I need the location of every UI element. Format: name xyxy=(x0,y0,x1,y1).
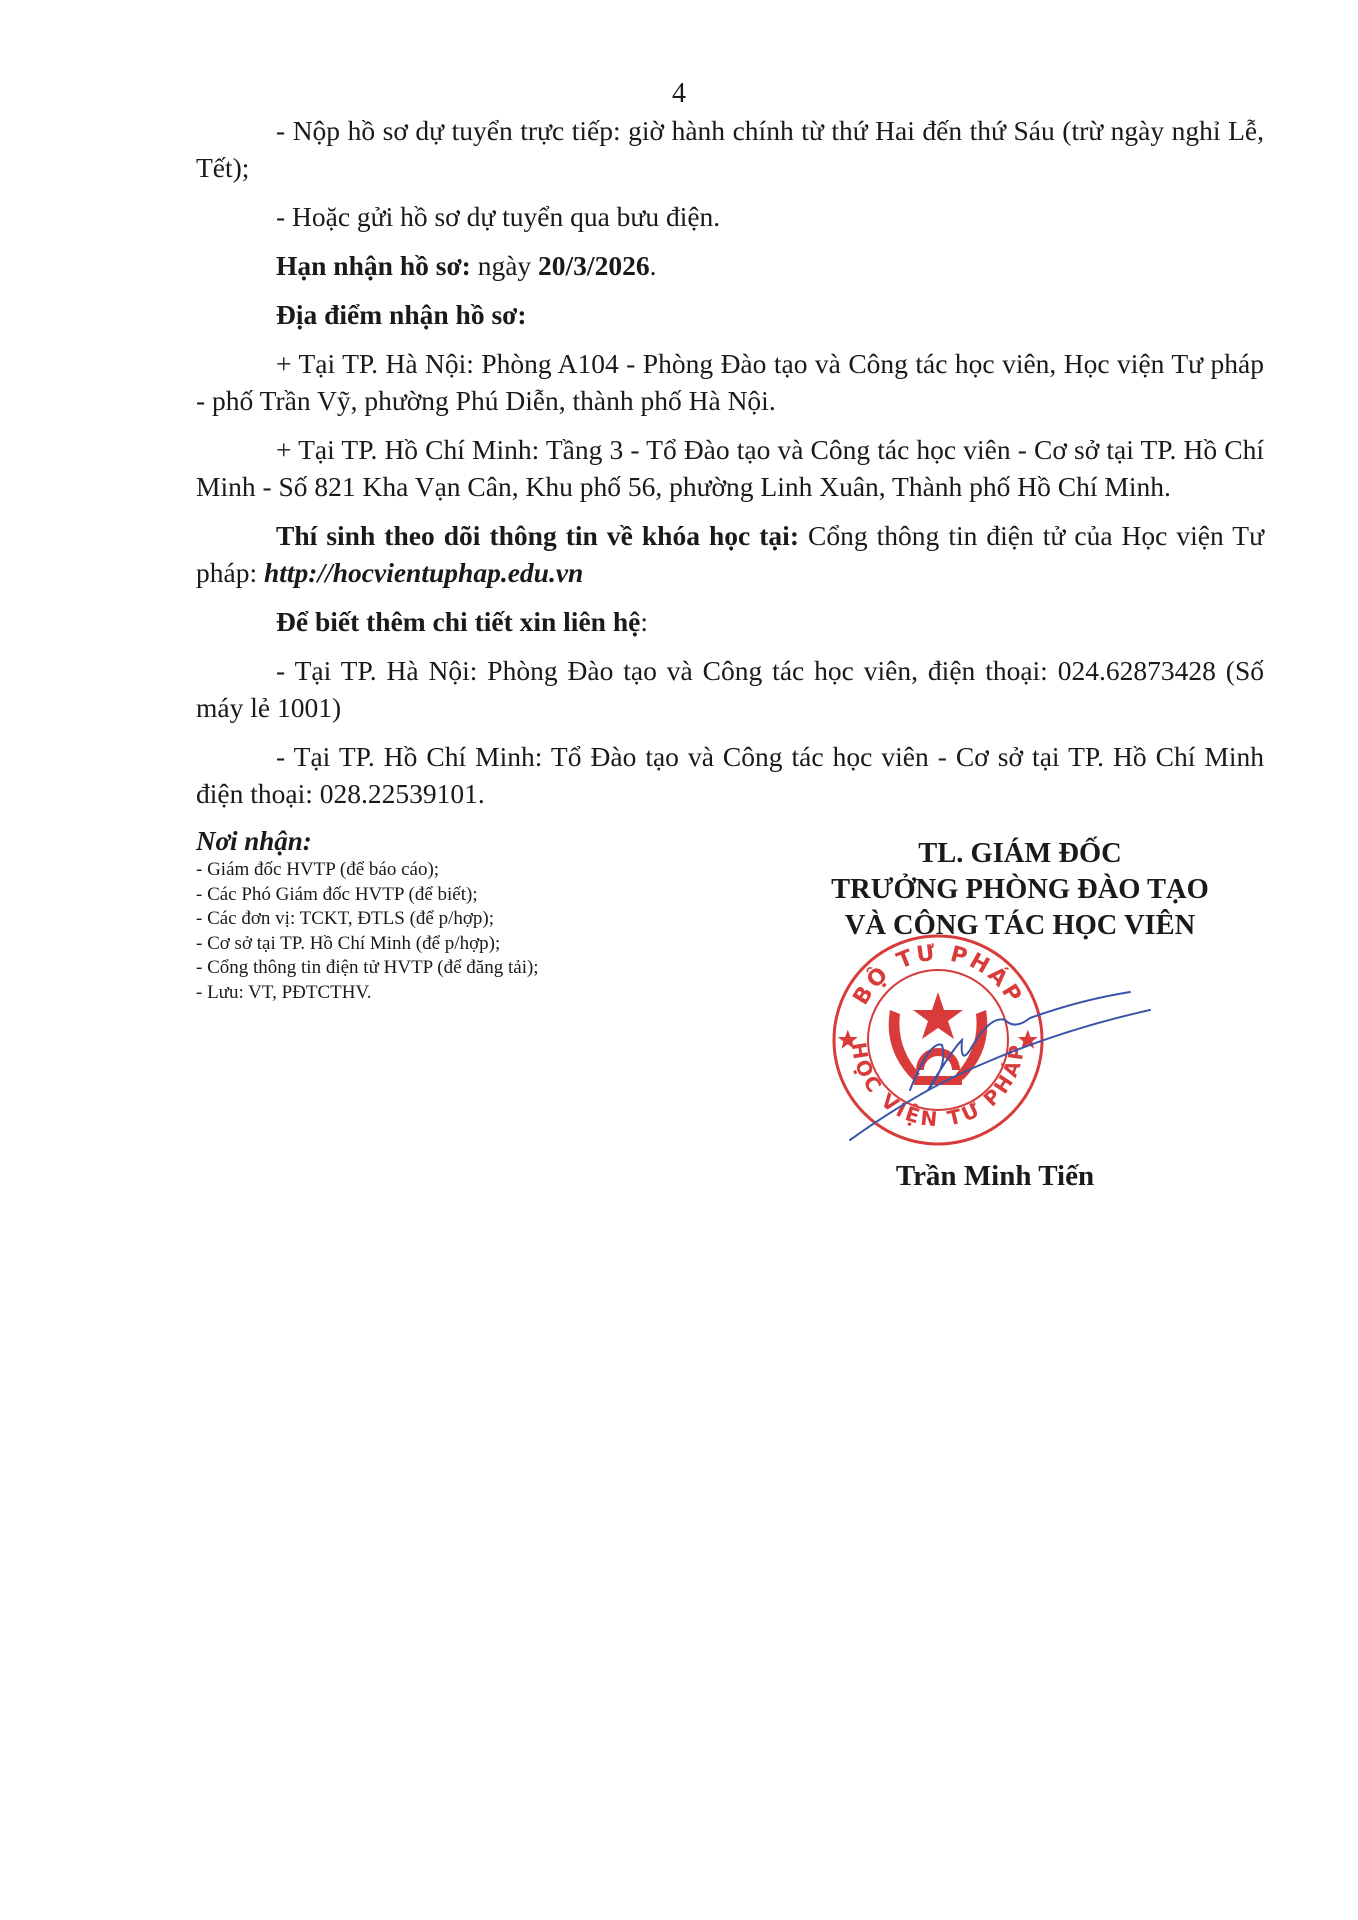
paragraph-text: - Tại TP. Hồ Chí Minh: Tổ Đào tạo và Côn… xyxy=(196,741,1264,809)
heading-contact: Để biết thêm chi tiết xin liên hệ: xyxy=(196,603,1264,640)
paragraph-text: + Tại TP. Hà Nội: Phòng A104 - Phòng Đào… xyxy=(196,348,1264,416)
website-link[interactable]: http://hocvientuphap.edu.vn xyxy=(264,557,583,588)
paragraph-text: - Hoặc gửi hồ sơ dự tuyển qua bưu điện. xyxy=(276,201,720,232)
heading-text: Để biết thêm chi tiết xin liên hệ xyxy=(276,606,640,637)
signer-block: TL. GIÁM ĐỐC TRƯỞNG PHÒNG ĐÀO TẠO VÀ CÔN… xyxy=(770,836,1270,944)
punctuation: : xyxy=(640,606,648,637)
paragraph-submit-post: - Hoặc gửi hồ sơ dự tuyển qua bưu điện. xyxy=(196,198,1264,235)
punctuation: . xyxy=(650,250,657,281)
signer-title-line: TL. GIÁM ĐỐC xyxy=(770,836,1270,872)
recipient-item: - Các Phó Giám đốc HVTP (để biết); xyxy=(196,883,756,908)
recipient-item: - Các đơn vị: TCKT, ĐTLS (để p/hợp); xyxy=(196,907,756,932)
signature-icon xyxy=(830,970,1160,1150)
deadline-date: 20/3/2026 xyxy=(538,250,650,281)
paragraph-text: + Tại TP. Hồ Chí Minh: Tầng 3 - Tổ Đào t… xyxy=(196,434,1264,502)
deadline-label: Hạn nhận hồ sơ: xyxy=(276,250,471,281)
heading-text: Địa điểm nhận hồ sơ: xyxy=(276,299,527,330)
paragraph-contact-hanoi: - Tại TP. Hà Nội: Phòng Đào tạo và Công … xyxy=(196,652,1264,726)
signer-title-line: TRƯỞNG PHÒNG ĐÀO TẠO xyxy=(770,872,1270,908)
paragraph-contact-hcm: - Tại TP. Hồ Chí Minh: Tổ Đào tạo và Côn… xyxy=(196,738,1264,812)
recipient-item: - Cổng thông tin điện tử HVTP (để đăng t… xyxy=(196,956,756,981)
recipients-list: - Giám đốc HVTP (để báo cáo); - Các Phó … xyxy=(196,858,756,1005)
paragraph-deadline: Hạn nhận hồ sơ: ngày 20/3/2026. xyxy=(196,247,1264,284)
paragraph-text: - Nộp hồ sơ dự tuyển trực tiếp: giờ hành… xyxy=(196,115,1264,183)
signer-name: Trần Minh Tiến xyxy=(820,1158,1170,1194)
paragraph-location-hanoi: + Tại TP. Hà Nội: Phòng A104 - Phòng Đào… xyxy=(196,345,1264,419)
deadline-prefix: ngày xyxy=(471,250,538,281)
recipients-title: Nơi nhận: xyxy=(196,826,756,856)
page-number: 4 xyxy=(0,78,1358,110)
paragraph-submit-direct: - Nộp hồ sơ dự tuyển trực tiếp: giờ hành… xyxy=(196,112,1264,186)
recipients-block: Nơi nhận: - Giám đốc HVTP (để báo cáo); … xyxy=(196,826,756,1005)
recipient-item: - Lưu: VT, PĐTCTHV. xyxy=(196,981,756,1006)
paragraph-text: - Tại TP. Hà Nội: Phòng Đào tạo và Công … xyxy=(196,655,1264,723)
heading-locations: Địa điểm nhận hồ sơ: xyxy=(196,296,1264,333)
paragraph-location-hcm: + Tại TP. Hồ Chí Minh: Tầng 3 - Tổ Đào t… xyxy=(196,431,1264,505)
document-body: - Nộp hồ sơ dự tuyển trực tiếp: giờ hành… xyxy=(196,112,1264,812)
recipient-item: - Cơ sở tại TP. Hồ Chí Minh (để p/hợp); xyxy=(196,932,756,957)
recipient-item: - Giám đốc HVTP (để báo cáo); xyxy=(196,858,756,883)
paragraph-info-portal: Thí sinh theo dõi thông tin về khóa học … xyxy=(196,517,1264,591)
info-label: Thí sinh theo dõi thông tin về khóa học … xyxy=(276,520,799,551)
